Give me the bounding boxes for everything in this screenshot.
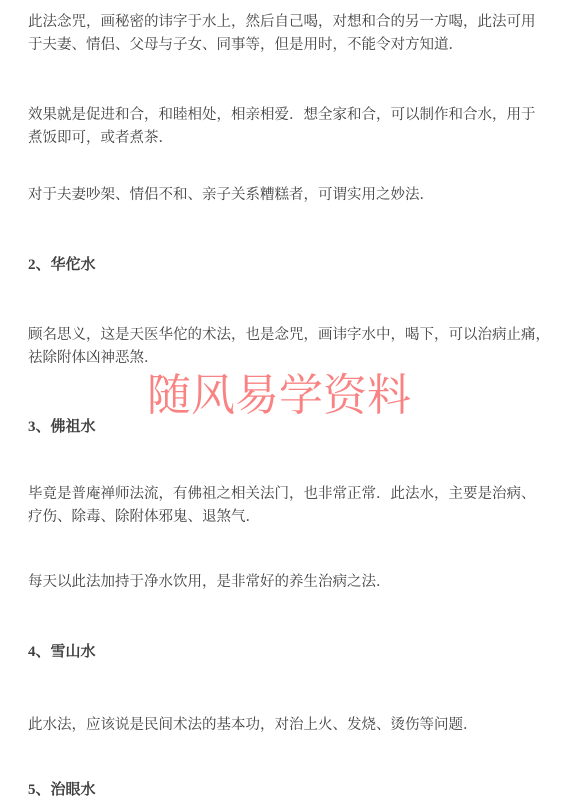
heading-text: 5、治眼水 [28, 779, 542, 802]
text-line: 此法念咒，画秘密的讳字于水上，然后自己喝，对想和合的另一方喝，此法可用 [28, 11, 542, 34]
text-line: 毕竟是普庵禅师法流，有佛祖之相关法门，也非常正常．此法水，主要是治病、 [28, 483, 542, 506]
text-line: 煮饭即可，或者煮茶． [28, 127, 542, 150]
paragraph: 顾名思义，这是天医华佗的术法，也是念咒，画讳字水中，喝下，可以治病止痛， 祛除附… [28, 324, 542, 370]
section-heading-xueshan-water: 4、雪山水 [28, 641, 542, 664]
text-line: 对于夫妻吵架、情侣不和、亲子关系糟糕者，可谓实用之妙法． [28, 184, 542, 207]
text-line: 效果就是促进和合，和睦相处，相亲相爱．想全家和合，可以制作和合水，用于 [28, 104, 542, 127]
paragraph: 此法念咒，画秘密的讳字于水上，然后自己喝，对想和合的另一方喝，此法可用 于夫妻、… [28, 11, 542, 57]
paragraph: 毕竟是普庵禅师法流，有佛祖之相关法门，也非常正常．此法水，主要是治病、 疗伤、除… [28, 483, 542, 529]
paragraph: 此水法，应该说是民间术法的基本功，对治上火、发烧、烫伤等问题． [28, 714, 542, 737]
section-heading-zhiyan-water: 5、治眼水 [28, 779, 542, 802]
text-line: 于夫妻、情侣、父母与子女、同事等，但是用时，不能令对方知道． [28, 34, 542, 57]
text-line: 祛除附体凶神恶煞． [28, 347, 542, 370]
text-line: 每天以此法加持于净水饮用，是非常好的养生治病之法． [28, 571, 542, 594]
section-heading-huatuo-water: 2、华佗水 [28, 254, 542, 277]
watermark: 随风易学资料 [147, 372, 411, 420]
document-page: 此法念咒，画秘密的讳字于水上，然后自己喝，对想和合的另一方喝，此法可用 于夫妻、… [0, 0, 564, 806]
text-line: 此水法，应该说是民间术法的基本功，对治上火、发烧、烫伤等问题． [28, 714, 542, 737]
heading-text: 4、雪山水 [28, 641, 542, 664]
heading-text: 2、华佗水 [28, 254, 542, 277]
heading-text: 3、佛祖水 [28, 416, 542, 439]
section-heading-fozu-water: 3、佛祖水 [28, 416, 542, 439]
text-line: 顾名思义，这是天医华佗的术法，也是念咒，画讳字水中，喝下，可以治病止痛， [28, 324, 542, 347]
paragraph: 对于夫妻吵架、情侣不和、亲子关系糟糕者，可谓实用之妙法． [28, 184, 542, 207]
paragraph: 每天以此法加持于净水饮用，是非常好的养生治病之法． [28, 571, 542, 594]
text-line: 疗伤、除毒、除附体邪鬼、退煞气． [28, 506, 542, 529]
paragraph: 效果就是促进和合，和睦相处，相亲相爱．想全家和合，可以制作和合水，用于 煮饭即可… [28, 104, 542, 150]
